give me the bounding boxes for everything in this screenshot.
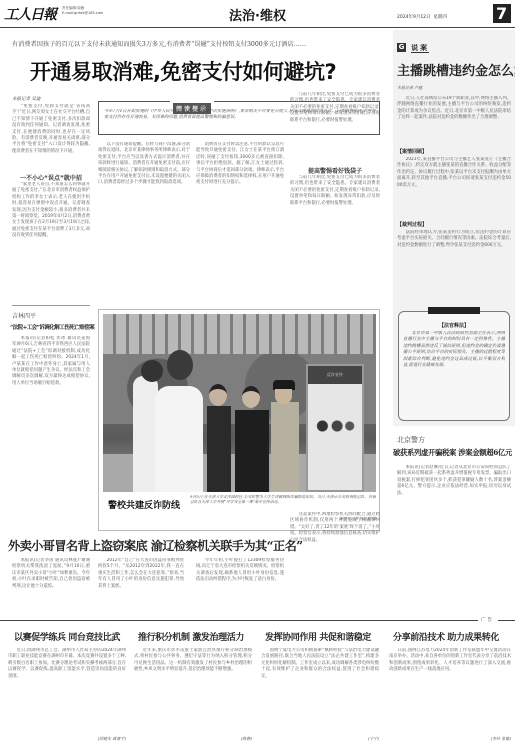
lead-column-4b: 与前几年相比,免密支付已成为很多消费者的习惯,但也带来了安全隐患。专家建议消费者… <box>290 175 380 297</box>
middle-column-3-text: 今年年初,小叶拨打了12309检察服务热线,向辽宁省大连市检察机关反映情况。检察… <box>196 558 284 584</box>
brief-kicker: 北京警方 <box>397 435 425 445</box>
case-tag-icon: G <box>397 43 406 52</box>
ad-divider <box>0 620 478 621</box>
lead-column-3: 消费者在支付时需注意,平台的默认勾选可能导致开通免密支付。江女士在某平台预订酒店… <box>196 142 284 298</box>
left-brief-divider <box>12 305 90 306</box>
student-dark-shirt-2 <box>235 410 269 492</box>
poster-banner: 反诈宣传 <box>308 366 362 384</box>
brief-paragraph: 本报讯(记者赵琳)近日,记者从北京市公安局经侦总队了解到,该局近期破获一起系列虚… <box>397 465 511 497</box>
middle-column-2: 2012年“自己”在大连市因盗窃罪被判处拘役5个月。“从2012年到2022年,… <box>98 558 184 614</box>
lead-subhead-2: 提高警惕看好钱袋子 <box>290 166 380 175</box>
bottom-story-3-paragraph: 国网宁夏电力公司积极探索“枫桥经验”与法治电力建设融合发展路径,联合当地人民法院… <box>261 648 379 680</box>
lead-column-1b: “家里老人误点,不知道怎么回事就开通了免密支付。”在北京市消费者权益保护机构工作… <box>12 182 90 300</box>
lead-subhead-1: 一不小心“误点”就中招 <box>12 173 90 182</box>
police-officer <box>271 402 299 492</box>
bottom-story-3: 发挥协同作用 共促和谐稳定 国网宁夏电力公司积极探索“枫桥经验”与法治电力建设融… <box>261 630 379 748</box>
lead-column-1-text: “免密支付,免除支付就是‘省钱高手’!”近日,网友周女士在社交平台吐槽,自己不知… <box>12 104 90 155</box>
anti-fraud-poster: 反诈宣传 <box>306 364 364 492</box>
lead-column-1: “免密支付,免除支付就是‘省钱高手’!”近日,网友周女士在社交平台吐槽,自己不知… <box>12 104 90 164</box>
lead-kicker: 有消费者因孩子的百元以下支付未获通知而损失3万多元,有消费者“误碰”支付按钮支付… <box>12 39 382 48</box>
bottom-story-1-text: 近日,由湖州市总工会、湖州市人社局主办的2024年湖州市职工职业技能竞赛在湖州市… <box>8 648 126 736</box>
bottom-story-3-headline: 发挥协同作用 共促和谐稳定 <box>265 630 379 643</box>
bottom-story-1-credit: (胡建东 蒋嘉宇) <box>8 736 126 742</box>
lead-headline: 开通易取消难,免密支付如何避坑? <box>30 56 370 86</box>
date-text: 2024年9月12日 <box>397 15 431 20</box>
news-photo: 反诈宣传 <box>103 314 376 492</box>
case-intro-text: 近日,人社部网站公布19个新职业,其中,网络主播入列。伴随网络直播行业的发展,主… <box>397 96 511 122</box>
student-head-2 <box>167 350 193 380</box>
bottom-story-2-text: 近年来,重庆市彭水苗族土家族自治县推行积分制治理模式,将村民参与公共事务、遵纪守… <box>134 648 252 736</box>
student-head-4 <box>242 386 260 408</box>
middle-headline: 外卖小哥冒名背上盗窃案底 渝辽检察机关联手为其“正名” <box>8 537 303 554</box>
lead-column-3-text: 消费者在支付时需注意,平台的默认勾选可能导致开通免密支付。江女士在某平台预订酒店… <box>196 142 284 187</box>
ad-divider-end <box>498 620 515 621</box>
middle-column-1-text: 本报讯(记者李国 通讯员林蔓)“谢谢检察机关帮我洗清了冤屈。”9月10日,重庆市… <box>12 558 90 590</box>
lead-column-4b-text: 与前几年相比,免密支付已成为很多消费者的习惯,但也带来了安全隐患。专家建议消费者… <box>290 175 380 207</box>
poster-graphic <box>314 418 356 434</box>
left-brief-kicker: 吉林四平 <box>12 311 36 320</box>
bottom-story-2-headline: 推行积分机制 激发治理活力 <box>138 630 252 643</box>
bottom-story-2: 推行积分机制 激发治理活力 近年来,重庆市彭水苗族土家族自治县推行积分制治理模式… <box>134 630 252 748</box>
case-intro: 近日,人社部网站公布19个新职业,其中,网络主播入列。伴随网络直播行业的发展,主… <box>397 96 511 146</box>
issue-date: 2024年9月12日 星期四 <box>397 14 447 20</box>
police-face <box>275 389 292 404</box>
photo-title: 警校共建反诈防线 <box>108 498 180 511</box>
case-tag: G 说案 <box>397 37 429 56</box>
bottom-story-2-credit: (陈静) <box>134 736 252 742</box>
page-number: 7 <box>496 4 507 23</box>
bottom-story-3-credit: (宁宁) <box>261 736 379 742</box>
judge-label: 【法官释法】 <box>398 322 510 329</box>
left-brief-paragraph: 本报讯(记者柏松 彭冰 通讯员姜海军)9月6日,吉林省四平市铁西区人民法院通过“… <box>12 336 90 387</box>
bottom-story-4-headline: 分享前沿技术 助力成果转化 <box>393 630 511 643</box>
case-review-text: 2021年,某直播平台公司与主播艺人张某签订《主播合作协议》,约定双方就主播张某… <box>397 157 511 219</box>
middle-column-1: 本报讯(记者李国 通讯员林蔓)“谢谢检察机关帮我洗清了冤屈。”9月10日,重庆市… <box>12 558 90 614</box>
middle-column-2-text: 2012年“自己”在大连市因盗窃罪被判处拘役5个月。“从2012年到2022年,… <box>98 558 184 590</box>
left-brief-text: 本报讯(记者柏松 彭冰 通讯员姜海军)9月6日,吉林省四平市铁西区人民法院通过“… <box>12 336 90 504</box>
masthead: 工人日報 责任编辑:周薇 E-mail:grrbfz@163.com 法治·维权… <box>0 0 515 28</box>
bottom-story-4: 分享前沿技术 助力成果转化 日前,国网江苏电力2024年创新工作室联盟年中交流活… <box>389 630 511 748</box>
middle-column-3: 今年年初,小叶拨打了12309检察服务热线,向辽宁省大连市检察机关反映情况。检察… <box>196 558 284 614</box>
left-brief-headline: “法院+工会”诉调化解工伤死亡赔偿案 <box>10 323 94 331</box>
lead-byline: 本报记者 吴迪 <box>12 96 40 102</box>
brief-text: 本报讯(记者赵琳)近日,记者从北京市公安局经侦总队了解到,该局近期破获一起系列虚… <box>397 465 511 600</box>
brief-headline: 破获系列虚开骗税案 涉案金额超6亿元 <box>393 448 515 458</box>
bottom-story-4-paragraph: 日前,国网江苏电力2024年创新工作室联盟年中交流活动在南京举办。活动中,来自各… <box>389 648 511 674</box>
ad-label: 广告 <box>481 617 494 623</box>
lead-column-2: 以下没有通知提醒。后经与商户沟通,部分款项得以退回。北京市某律师事务所律师表示,… <box>98 142 190 298</box>
bottom-story-2-paragraph: 近年来,重庆市彭水苗族土家族自治县推行积分制治理模式,将村民参与公共事务、遵纪守… <box>134 648 252 674</box>
judge-paragraph: 北京市第一中级人民法院研究室副主任表示,网络直播行业中主播与平台的纠纷具有一定特… <box>403 331 505 369</box>
photo-caption: 9月5日,在天津大学北洋园校区,公安民警为大学生讲解网络诈骗防范知识。当日,天津… <box>190 494 376 514</box>
student-white-shirt-2 <box>155 386 203 492</box>
student-head-1 <box>141 360 163 382</box>
student-head-3 <box>209 384 227 406</box>
case-ruling-paragraph: 法院经审理认为,张某违约行为成立,但违约金的计算应考虑平台实际损失、合同履行情况… <box>397 230 511 249</box>
bottom-story-3-text: 国网宁夏电力公司积极探索“枫桥经验”与法治电力建设融合发展路径,联合当地人民法院… <box>261 648 379 736</box>
lead-column-4: 与前几年相比,免密支付已成为很多消费者的习惯,但也带来了安全隐患。专家建议消费者… <box>290 92 380 128</box>
student-dark-shirt-1 <box>207 406 231 492</box>
case-tag-label: 说案 <box>411 44 429 53</box>
middle-column-4: 这起案件中,两地检察机关协同配合,通过跨区域协作机制,仅用两个月就完成了核查和纠… <box>290 512 380 614</box>
case-review-paragraph: 2021年,某直播平台公司与主播艺人张某签订《主播合作协议》,约定双方就主播张某… <box>397 157 511 189</box>
bottom-story-1-paragraph: 近日,由湖州市总工会、湖州市人社局主办的2024年湖州市职工职业技能竞赛在湖州市… <box>8 648 126 680</box>
bottom-story-4-credit: (李玲 张敏) <box>389 736 511 742</box>
case-ruling-text: 法院经审理认为,张某违约行为成立,但违约金的计算应考虑平台实际损失、合同履行情况… <box>397 230 511 290</box>
lead-column-1b-text: “家里老人误点,不知道怎么回事就开通了免密支付。”在北京市消费者权益保护机构工作… <box>12 182 90 240</box>
bottom-story-4-text: 日前,国网江苏电力2024年创新工作室联盟年中交流活动在南京举办。活动中,来自各… <box>389 648 511 736</box>
bottom-story-1: 以赛促学练兵 同台竞技比武 近日,由湖州市总工会、湖州市人社局主办的2024年湖… <box>8 630 126 748</box>
lead-column-2-text: 以下没有通知提醒。后经与商户沟通,部分款项得以退回。北京市某律师事务所律师表示,… <box>98 142 190 187</box>
lead-column-4-text: 与前几年相比,免密支付已成为很多消费者的习惯,但也带来了安全隐患。专家建议消费者… <box>290 92 380 124</box>
case-byline: 本报记者 卢越 <box>397 85 422 91</box>
weekday-text: 星期四 <box>433 15 447 20</box>
case-section-ruling: 【裁判过程】 <box>397 221 427 228</box>
judge-text: 北京市第一中级人民法院研究室副主任表示,网络直播行业中主播与平台的纠纷具有一定特… <box>403 331 505 417</box>
judge-box-tab <box>428 307 480 314</box>
middle-column-4-text: 这起案件中,两地检察机关协同配合,通过跨区域协作机制,仅用两个月就完成了核查和纠… <box>290 512 380 544</box>
masthead-divider <box>0 27 515 28</box>
bottom-story-1-headline: 以赛促学练兵 同台竞技比武 <box>14 630 126 643</box>
case-headline: 主播跳槽违约金怎么算? <box>397 60 515 79</box>
case-section-review: 【案情回顾】 <box>397 148 427 155</box>
